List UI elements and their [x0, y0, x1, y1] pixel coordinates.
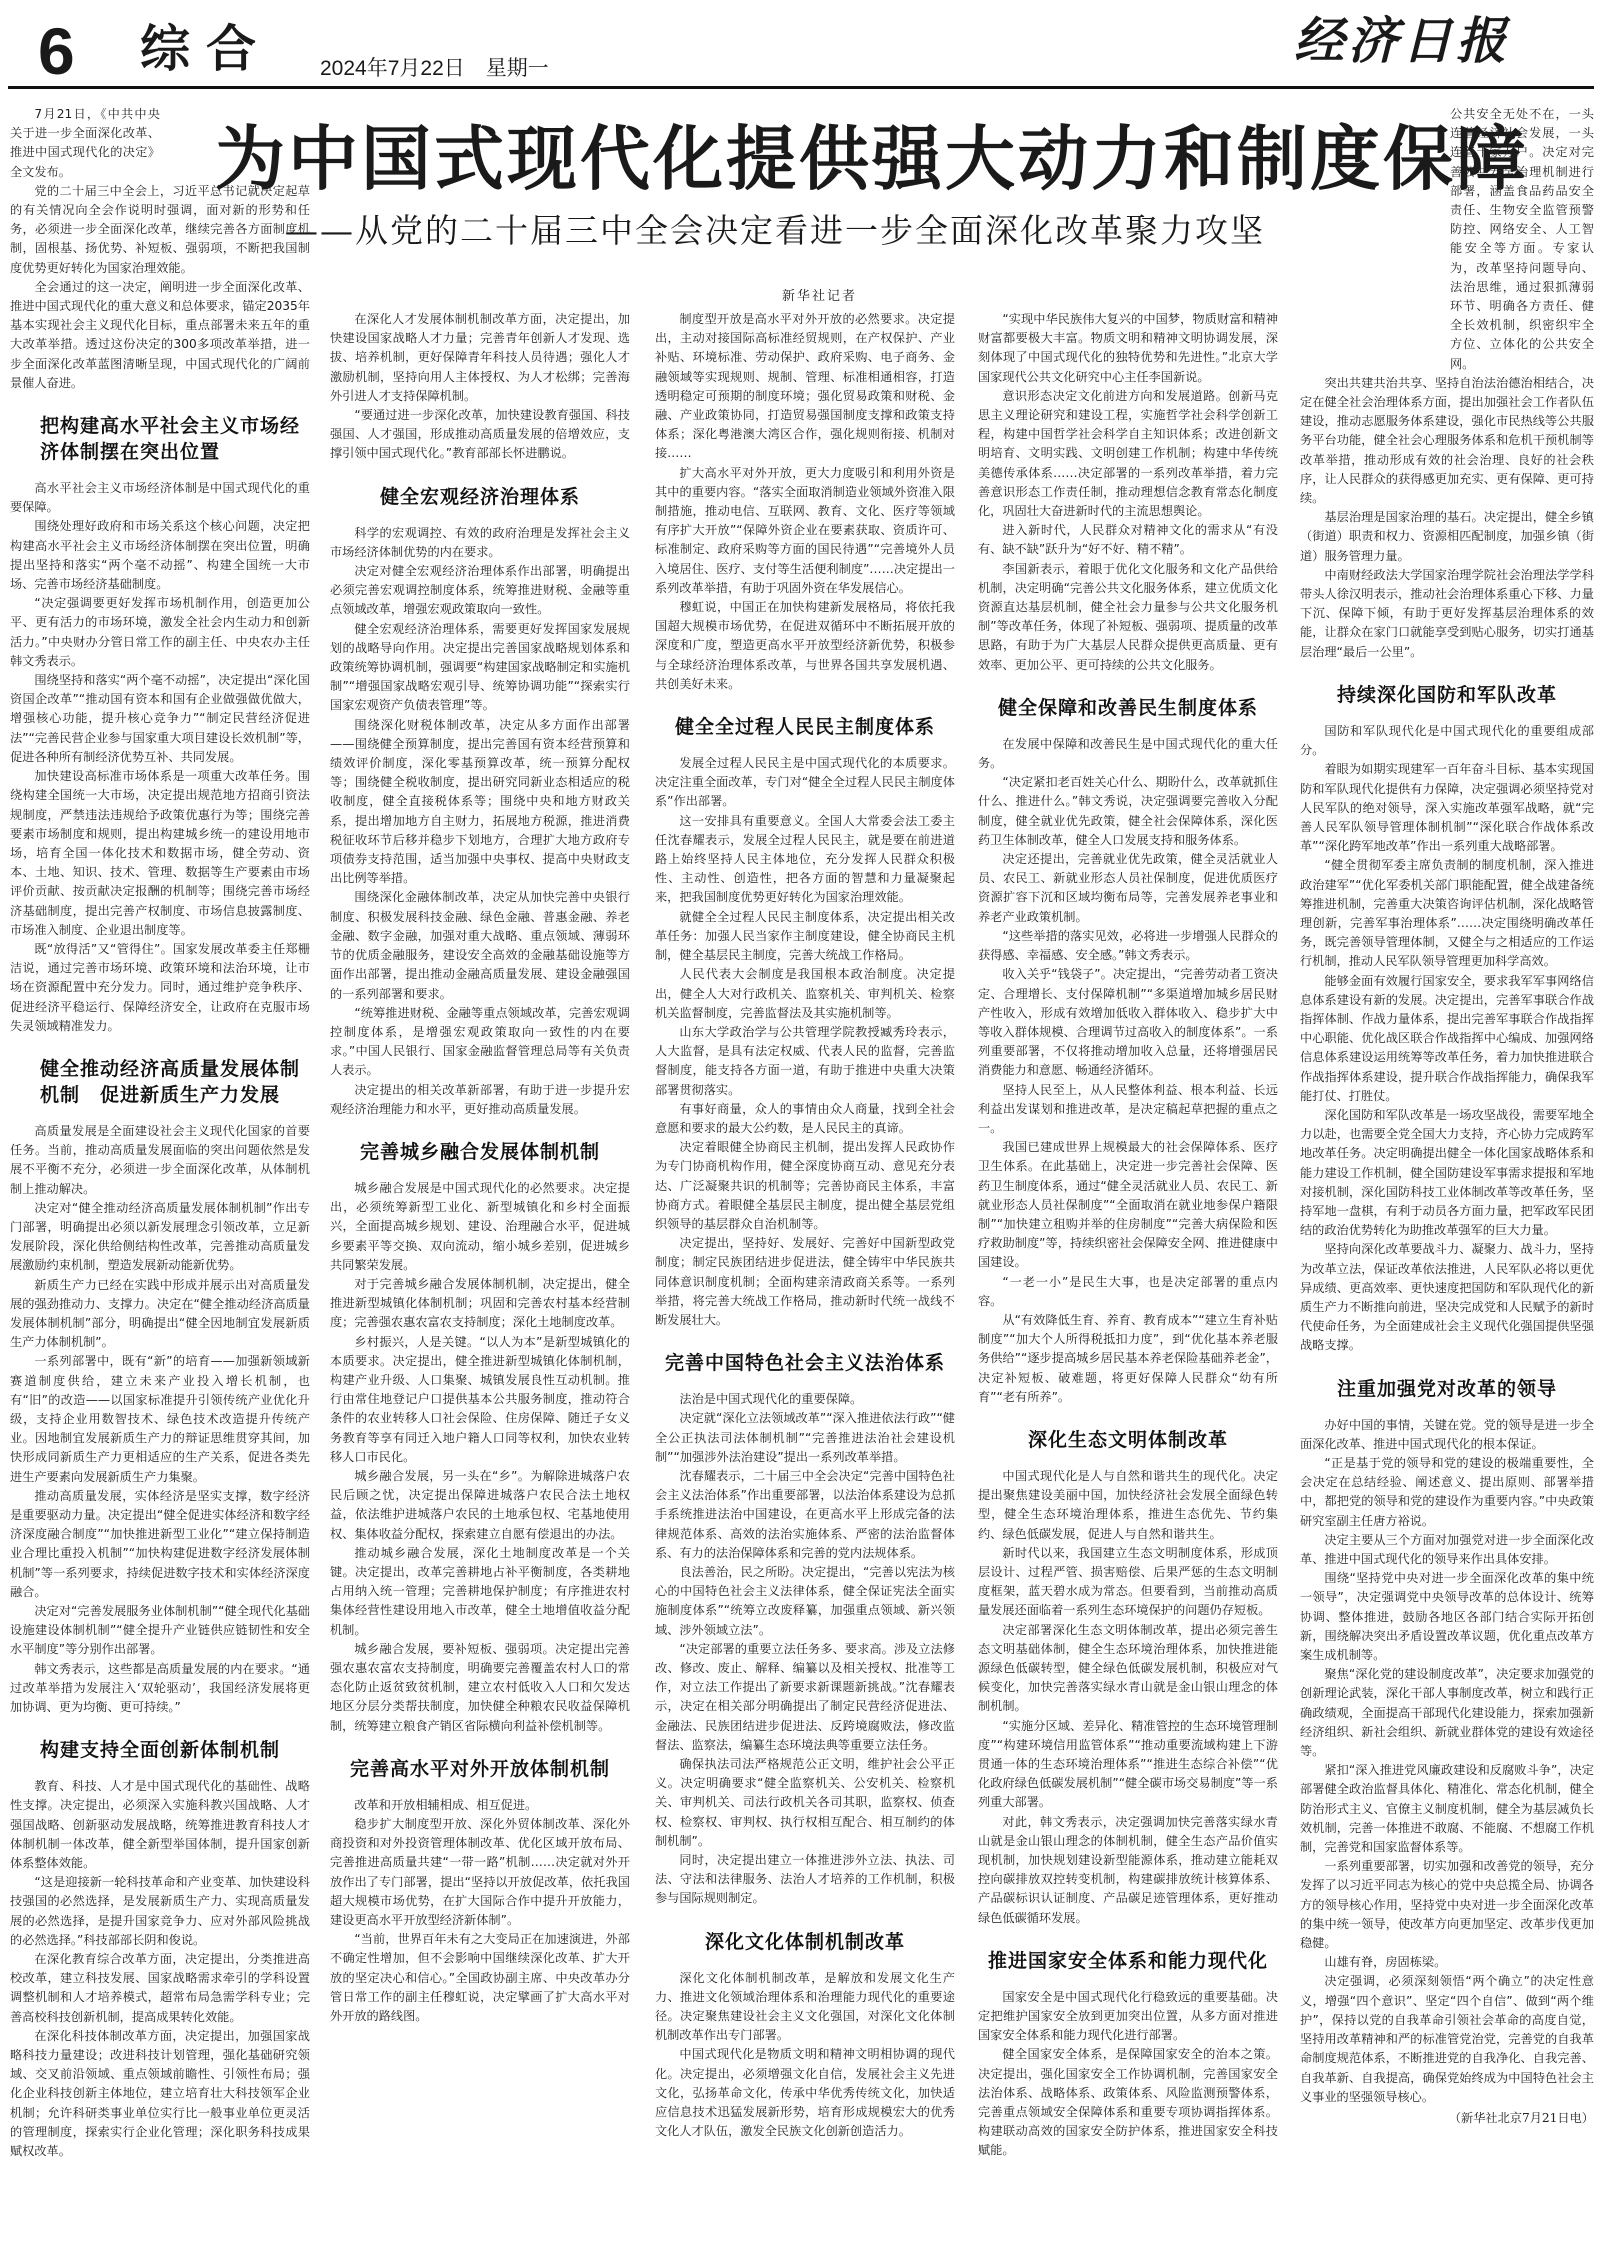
body-paragraph: “决定部署的重要立法任务多、要求高。涉及立法修改、修改、废止、解释、编纂以及相关…: [655, 1640, 955, 1755]
section-name: 综合: [140, 24, 272, 74]
section-heading: 健全推动经济高质量发展体制机制 促进新质生产力发展: [10, 1056, 310, 1108]
article-subheadline: ——从党的二十届三中全会决定看进一步全面深化改革聚力攻坚: [285, 205, 1265, 252]
section-heading: 推进国家安全体系和能力现代化: [978, 1948, 1278, 1974]
body-paragraph: 在深化人才发展体制机制改革方面，决定提出，加快建设国家战略人才力量；完善青年创新…: [330, 310, 630, 406]
body-paragraph: 就健全全过程人民民主制度体系，决定提出相关改革任务：加强人民当家作主制度建设，健…: [655, 908, 955, 966]
body-paragraph: 发展全过程人民民主是中国式现代化的本质要求。决定注重全面改革，专门对“健全全过程…: [655, 754, 955, 812]
body-paragraph: 中国式现代化是物质文明和精神文明相协调的现代化。决定提出，必须增强文化自信，发展…: [655, 2045, 955, 2141]
body-paragraph: 中南财经政法大学国家治理学院社会治理法学学科带头人徐汉明表示，推动社会治理体系重…: [1300, 566, 1594, 662]
body-paragraph: 决定还提出，完善就业优先政策，健全灵活就业人员、农民工、新就业形态人员社保制度，…: [978, 850, 1278, 927]
body-paragraph: 良法善治，民之所盼。决定提出，“完善以宪法为核心的中国特色社会主义法律体系，健全…: [655, 1563, 955, 1640]
body-paragraph: 紧扣“深入推进党风廉政建设和反腐败斗争”，决定部署健全政治监督具体化、精准化、常…: [1300, 1761, 1594, 1857]
body-paragraph: 山雄有脊，房固栋梁。: [1300, 1953, 1594, 1972]
section-heading: 注重加强党对改革的领导: [1300, 1376, 1594, 1402]
body-paragraph: 在深化教育综合改革方面，决定提出，分类推进高校改革，建立科技发展、国家战略需求牵…: [10, 1950, 310, 2027]
body-paragraph: 城乡融合发展，另一头在“乡”。为解除进城落户农民后顾之忧，决定提出保障进城落户农…: [330, 1467, 630, 1544]
body-paragraph: “实现中华民族伟大复兴的中国梦，物质财富和精神财富都要极大丰富。物质文明和精神文…: [978, 310, 1278, 387]
article-dateline: （新华社北京7月21日电）: [1300, 2109, 1594, 2128]
body-paragraph: 城乡融合发展是中国式现代化的必然要求。决定提出，必须统筹新型工业化、新型城镇化和…: [330, 1179, 630, 1275]
body-paragraph: 深化国防和军队改革是一场攻坚战役，需要军地全力以赴，也需要全党全国大力支持，齐心…: [1300, 1106, 1594, 1240]
article-byline: 新华社记者: [782, 285, 857, 304]
body-paragraph: 这一安排具有重要意义。全国人大常委会法工委主任沈春耀表示，发展全过程人民民主，就…: [655, 812, 955, 908]
body-paragraph: 在深化科技体制改革方面，决定提出，加强国家战略科技力量建设；改进科技计划管理，强…: [10, 2027, 310, 2161]
section-heading: 深化文化体制机制改革: [655, 1929, 955, 1955]
body-paragraph: “决定强调要更好发挥市场机制作用，创造更加公平、更有活力的市场环境，激发全社会内…: [10, 594, 310, 671]
body-paragraph: 李国新表示，着眼于优化文化服务和文化产品供给机制，决定明确“完善公共文化服务体系…: [978, 560, 1278, 675]
body-paragraph: 同时，决定提出建立一体推进涉外立法、执法、司法、守法和法律服务、法治人才培养的工…: [655, 1851, 955, 1909]
body-paragraph: 从“有效降低生育、养育、教育成本”“建立生育补贴制度”“加大个人所得税抵扣力度”…: [978, 1311, 1278, 1407]
lead-paragraph: 全会通过的这一决定，阐明进一步全面深化改革、推进中国式现代化的重大意义和总体要求…: [10, 278, 310, 393]
body-paragraph: 聚焦“深化党的建设制度改革”，决定要求加强党的创新理论武装，深化干部人事制度改革…: [1300, 1665, 1594, 1761]
body-paragraph: 决定提出的相关改革新部署，有助于进一步提升宏观经济治理能力和水平，更好推动高质量…: [330, 1081, 630, 1119]
publication-date: 2024年7月22日 星期一: [320, 52, 549, 82]
body-paragraph: 基层治理是国家治理的基石。决定提出，健全乡镇（街道）职责和权力、资源相匹配制度，…: [1300, 508, 1594, 566]
body-paragraph: 公共安全无处不在，一头连着经济社会发展，一头连着千家万户。决定对完善公共安全治理…: [1450, 105, 1594, 374]
column-4: “实现中华民族伟大复兴的中国梦，物质财富和精神财富都要极大丰富。物质文明和精神文…: [978, 310, 1278, 2265]
body-paragraph: 围绕深化财税体制改革，决定从多方面作出部署——围绕健全预算制度，提出完善国有资本…: [330, 716, 630, 889]
body-paragraph: 有事好商量，众人的事情由众人商量，找到全社会意愿和要求的最大公约数，是人民民主的…: [655, 1100, 955, 1138]
body-paragraph: 收入关乎“钱袋子”。决定提出，“完善劳动者工资决定、合理增长、支付保障机制”“多…: [978, 965, 1278, 1080]
body-paragraph: 沈春耀表示，二十届三中全会决定“完善中国特色社会主义法治体系”作出重要部署，以法…: [655, 1467, 955, 1563]
body-paragraph: 韩文秀表示，这些都是高质量发展的内在要求。“通过改革举措为发展注入‘双轮驱动’，…: [10, 1660, 310, 1718]
body-paragraph: 高质量发展是全面建设社会主义现代化国家的首要任务。当前，推动高质量发展面临的突出…: [10, 1122, 310, 1199]
body-paragraph: 决定强调，必须深刻领悟“两个确立”的决定性意义，增强“四个意识”、坚定“四个自信…: [1300, 1972, 1594, 2106]
column-5: 公共安全无处不在，一头连着经济社会发展，一头连着千家万户。决定对完善公共安全治理…: [1300, 105, 1594, 2265]
body-paragraph: 围绕坚持和落实“两个毫不动摇”，决定提出“深化国资国企改革”“推动国有资本和国有…: [10, 671, 310, 767]
body-paragraph: “健全贯彻军委主席负责制的制度机制，深入推进政治建军”“优化军委机关部门职能配置…: [1300, 856, 1594, 971]
section-heading: 健全全过程人民民主制度体系: [655, 714, 955, 740]
body-paragraph: “决定紧扣老百姓关心什么、期盼什么，改革就抓住什么、推进什么。”韩文秀说，决定强…: [978, 773, 1278, 850]
body-paragraph: 办好中国的事情，关键在党。党的领导是进一步全面深化改革、推进中国式现代化的根本保…: [1300, 1416, 1594, 1454]
body-paragraph: 新质生产力已经在实践中形成并展示出对高质量发展的强劲推动力、支撑力。决定在“健全…: [10, 1276, 310, 1353]
body-paragraph: 坚持人民至上，从人民整体利益、根本利益、长远利益出发谋划和推进改革，是决定稿起草…: [978, 1081, 1278, 1139]
body-paragraph: “实施分区域、差异化、精准管控的生态环境管理制度”“构建环境信用监管体系”“推动…: [978, 1717, 1278, 1813]
body-paragraph: 决定就“深化立法领域改革”“深入推进依法行政”“健全公正执法司法体制机制”“完善…: [655, 1409, 955, 1467]
body-paragraph: 决定对“健全推动经济高质量发展体制机制”作出专门部署，明确提出必须以新发展理念引…: [10, 1199, 310, 1276]
body-paragraph: 健全宏观经济治理体系，需要更好发挥国家发展规划的战略导向作用。决定提出完善国家战…: [330, 620, 630, 716]
section-heading: 完善高水平对外开放体制机制: [330, 1756, 630, 1782]
body-paragraph: 科学的宏观调控、有效的政府治理是发挥社会主义市场经济体制优势的内在要求。: [330, 524, 630, 562]
body-paragraph: “统筹推进财税、金融等重点领域改革，完善宏观调控制度体系，是增强宏观政策取向一致…: [330, 1004, 630, 1081]
section-heading: 深化生态文明体制改革: [978, 1427, 1278, 1453]
body-paragraph: 围绕处理好政府和市场关系这个核心问题，决定把构建高水平社会主义市场经济体制摆在突…: [10, 517, 310, 594]
section-heading: 完善中国特色社会主义法治体系: [655, 1350, 955, 1376]
body-paragraph: 既“放得活”又“管得住”。国家发展改革委主任郑栅洁说，通过完善市场环境、政策环境…: [10, 940, 310, 1036]
body-paragraph: 进入新时代，人民群众对精神文化的需求从“有没有、缺不缺”跃升为“好不好、精不精”…: [978, 521, 1278, 559]
body-paragraph: 高水平社会主义市场经济体制是中国式现代化的重要保障。: [10, 479, 310, 517]
body-paragraph: “当前，世界百年未有之大变局正在加速演进，外部不确定性增加，但不会影响中国继续深…: [330, 1930, 630, 2026]
section-heading: 持续深化国防和军队改革: [1300, 682, 1594, 708]
body-paragraph: 着眼为如期实现建军一百年奋斗目标、基本实现国防和军队现代化提供有力保障，决定强调…: [1300, 760, 1594, 856]
body-paragraph: 推动城乡融合发展，深化土地制度改革是一个关键。决定提出，改革完善耕地占补平衡制度…: [330, 1544, 630, 1640]
body-paragraph: 决定主要从三个方面对加强党对进一步全面深化改革、推进中国式现代化的领导来作出具体…: [1300, 1531, 1594, 1569]
body-paragraph: 我国已建成世界上规模最大的社会保障体系、医疗卫生体系。在此基础上，决定进一步完善…: [978, 1138, 1278, 1272]
body-paragraph: 推动高质量发展，实体经济是坚实支撑，数字经济是重要驱动力量。决定提出“健全促进实…: [10, 1487, 310, 1602]
column-3: 制度型开放是高水平对外开放的必然要求。决定提出，主动对接国际高标准经贸规则，在产…: [655, 310, 955, 2265]
article-headline: 为中国式现代化提供强大动力和制度保障: [215, 124, 1345, 194]
column-1: 7月21日，《中共中央关于进一步全面深化改革、推进中国式现代化的决定》全文发布。…: [10, 105, 310, 2265]
body-paragraph: 法治是中国式现代化的重要保障。: [655, 1390, 955, 1409]
masthead: 6 综合 2024年7月22日 星期一 经济日报: [0, 0, 1600, 88]
section-heading: 构建支持全面创新体制机制: [10, 1737, 310, 1763]
body-paragraph: 教育、科技、人才是中国式现代化的基础性、战略性支撑。决定提出，必须深入实施科教兴…: [10, 1777, 310, 1873]
body-paragraph: 决定部署深化生态文明体制改革，提出必须完善生态文明基础体制，健全生态环境治理体系…: [978, 1621, 1278, 1717]
column-2: 在深化人才发展体制机制改革方面，决定提出，加快建设国家战略人才力量；完善青年创新…: [330, 310, 630, 2265]
section-heading: 把构建高水平社会主义市场经济体制摆在突出位置: [10, 413, 310, 465]
body-paragraph: 稳步扩大制度型开放、深化外贸体制改革、深化外商投资和对外投资管理体制改革、优化区…: [330, 1815, 630, 1930]
body-paragraph: 对于完善城乡融合发展体制机制，决定提出，健全推进新型城镇化体制机制；巩固和完善农…: [330, 1275, 630, 1333]
page-number: 6: [38, 18, 75, 84]
lead-paragraph: 党的二十届三中全会上，习近平总书记就决定起草的有关情况向全会作说明时强调，面对新…: [10, 182, 310, 278]
body-paragraph: 加快建设高标准市场体系是一项重大改革任务。围绕构建全国统一大市场，决定提出规范地…: [10, 767, 310, 940]
body-paragraph: 国家安全是中国式现代化行稳致远的重要基础。决定把维护国家安全放到更加突出位置，从…: [978, 1988, 1278, 2046]
body-paragraph: “一老一小”是民生大事，也是决定部署的重点内容。: [978, 1273, 1278, 1311]
section-heading: 健全保障和改善民生制度体系: [978, 695, 1278, 721]
body-paragraph: 城乡融合发展，要补短板、强弱项。决定提出完善强农惠农富农支持制度，明确要完善覆盖…: [330, 1640, 630, 1736]
lead-paragraph: 7月21日，《中共中央关于进一步全面深化改革、推进中国式现代化的决定》全文发布。: [10, 105, 160, 182]
body-paragraph: 决定对“完善发展服务业体制机制”“健全现代化基础设施建设体制机制”“健全提升产业…: [10, 1602, 310, 1660]
body-paragraph: 决定对健全宏观经济治理体系作出部署，明确提出必须完善宏观调控制度体系，统筹推进财…: [330, 562, 630, 620]
section-heading: 完善城乡融合发展体制机制: [330, 1139, 630, 1165]
body-paragraph: 突出共建共治共享、坚持自治法治德治相结合，决定在健全社会治理体系方面，提出加强社…: [1300, 374, 1594, 508]
body-paragraph: 在发展中保障和改善民生是中国式现代化的重大任务。: [978, 735, 1278, 773]
body-paragraph: 坚持向深化改革要战斗力、凝聚力、战斗力，坚持为改革立法，保证改革依法推进，人民军…: [1300, 1240, 1594, 1355]
body-paragraph: 围绕“坚持党中央对进一步全面深化改革的集中统一领导”，决定强调党中央领导改革的总…: [1300, 1569, 1594, 1665]
section-heading: 健全宏观经济治理体系: [330, 484, 630, 510]
body-paragraph: 对此，韩文秀表示，决定强调加快完善落实绿水青山就是金山银山理念的体制机制，健全生…: [978, 1813, 1278, 1928]
body-paragraph: 一系列重要部署，切实加强和改善党的领导，充分发挥了以习近平同志为核心的党中央总揽…: [1300, 1857, 1594, 1953]
body-paragraph: 山东大学政治学与公共管理学院教授臧秀玲表示，人大监督，是具有法定权威、代表人民的…: [655, 1023, 955, 1100]
body-paragraph: 决定着眼健全协商民主机制，提出发挥人民政协作为专门协商机构作用，健全深度协商互动…: [655, 1138, 955, 1234]
body-paragraph: 扩大高水平对外开放，更大力度吸引和利用外资是其中的重要内容。“落实全面取消制造业…: [655, 464, 955, 598]
newspaper-logo: 经济日报: [1294, 16, 1510, 66]
body-paragraph: “要通过进一步深化改革，加快建设教育强国、科技强国、人才强国，形成推动高质量发展…: [330, 406, 630, 464]
body-paragraph: 围绕深化金融体制改革，决定从加快完善中央银行制度、积极发展科技金融、绿色金融、普…: [330, 888, 630, 1003]
body-paragraph: 能够金面有效履行国家安全，要求我军军事网络信息体系建设有新的发展。决定提出，完善…: [1300, 972, 1594, 1106]
body-paragraph: 新时代以来，我国建立生态文明制度体系，形成顶层设计、过程严管、损害赔偿、后果严惩…: [978, 1544, 1278, 1621]
body-paragraph: “正是基于党的领导和党的建设的极端重要性，全会决定在总结经验、阐述意义、提出原则…: [1300, 1454, 1594, 1531]
body-paragraph: 改革和开放相辅相成、相互促进。: [330, 1796, 630, 1815]
body-paragraph: 意识形态决定文化前进方向和发展道路。创新马克思主义理论研究和建设工程，实施哲学社…: [978, 387, 1278, 521]
body-paragraph: 决定提出，坚持好、发展好、完善好中国新型政党制度；制定民族团结进步促进法，健全铸…: [655, 1234, 955, 1330]
body-paragraph: 一系列部署中，既有“新”的培育——加强新领域新赛道制度供给，建立未来产业投入增长…: [10, 1352, 310, 1486]
body-paragraph: 人民代表大会制度是我国根本政治制度。决定提出，健全人大对行政机关、监察机关、审判…: [655, 965, 955, 1023]
body-paragraph: 确保执法司法严格规范公正文明，维护社会公平正义。决定明确要求“健全监察机关、公安…: [655, 1755, 955, 1851]
body-paragraph: 中国式现代化是人与自然和谐共生的现代化。决定提出聚焦建设美丽中国，加快经济社会发…: [978, 1467, 1278, 1544]
body-paragraph: 健全国家安全体系，是保障国家安全的治本之策。决定提出，强化国家安全工作协调机制，…: [978, 2045, 1278, 2160]
body-paragraph: 国防和军队现代化是中国式现代化的重要组成部分。: [1300, 722, 1594, 760]
body-paragraph: 穆虹说，中国正在加快构建新发展格局，将依托我国超大规模市场优势，在促进双循环中不…: [655, 598, 955, 694]
body-paragraph: 制度型开放是高水平对外开放的必然要求。决定提出，主动对接国际高标准经贸规则，在产…: [655, 310, 955, 464]
body-paragraph: “这些举措的落实见效，必将进一步增强人民群众的获得感、幸福感、安全感。”韩文秀表…: [978, 927, 1278, 965]
body-paragraph: 乡村振兴，人是关键。“以人为本”是新型城镇化的本质要求。决定提出，健全推进新型城…: [330, 1333, 630, 1467]
masthead-rule: [8, 86, 1594, 89]
body-paragraph: “这是迎接新一轮科技革命和产业变革、加快建设科技强国的必然选择，是发展新质生产力…: [10, 1873, 310, 1950]
body-paragraph: 深化文化体制机制改革，是解放和发展文化生产力、推进文化领域治理体系和治理能力现代…: [655, 1969, 955, 2046]
